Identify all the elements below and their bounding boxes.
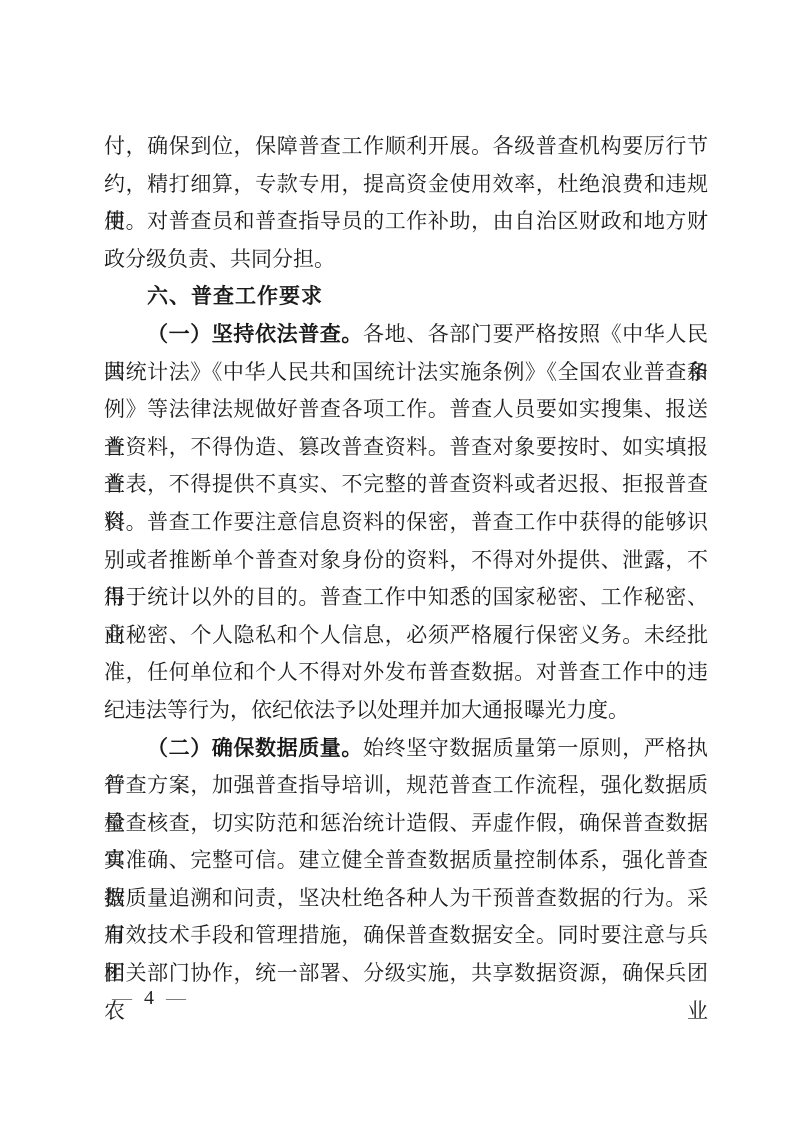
paragraph-two: （二）确保数据质量。始终坚守数据质量第一原则，严格执行 普查方案，加强普查指导培…	[104, 730, 708, 993]
text-line: 别或者推断单个普查对象身份的资料，不得对外提供、泄露，不得	[104, 542, 708, 580]
text-line: 政分级负责、共同分担。	[104, 241, 708, 279]
page-number: 4	[144, 986, 154, 1010]
text-line: 检查核查，切实防范和惩治统计造假、弄虚作假，确保普查数据真	[104, 805, 708, 843]
text-line: 据质量追溯和问责，坚决杜绝各种人为干预普查数据的行为。采用	[104, 880, 708, 918]
text-line: 国统计法》《中华人民共和国统计法实施条例》《全国农业普查条	[104, 354, 708, 392]
document-page: 付，确保到位，保障普查工作顺利开展。各级普查机构要厉行节 约，精打细算，专款专用…	[0, 0, 793, 1122]
text-line: 普查方案，加强普查指导培训，规范普查工作流程，强化数据质量	[104, 767, 708, 805]
footer-dash-right: —	[166, 986, 186, 1010]
paragraph-lead: （一）坚持依法普查。	[147, 322, 363, 346]
paragraph-funding: 付，确保到位，保障普查工作顺利开展。各级普查机构要厉行节 约，精打细算，专款专用…	[104, 128, 708, 278]
document-body: 付，确保到位，保障普查工作顺利开展。各级普查机构要厉行节 约，精打细算，专款专用…	[104, 128, 708, 993]
text-line: 实准确、完整可信。建立健全普查数据质量控制体系，强化普查数	[104, 842, 708, 880]
text-line: 约，精打细算，专款专用，提高资金使用效率，杜绝浪费和违规使	[104, 166, 708, 204]
footer-dash-left: —	[112, 986, 132, 1010]
paragraph-one: （一）坚持依法普查。各地、各部门要严格按照《中华人民共和 国统计法》《中华人民共…	[104, 316, 708, 730]
text-line: 例》等法律法规做好普查各项工作。普查人员要如实搜集、报送普	[104, 391, 708, 429]
text-line: 有效技术手段和管理措施，确保普查数据安全。同时要注意与兵团	[104, 917, 708, 955]
text-line: 用。对普查员和普查指导员的工作补助，由自治区财政和地方财	[104, 203, 708, 241]
text-line: 查表，不得提供不真实、不完整的普查资料或者迟报、拒报普查资	[104, 466, 708, 504]
text-line: 查资料，不得伪造、篡改普查资料。普查对象要按时、如实填报普	[104, 429, 708, 467]
text-line: （二）确保数据质量。始终坚守数据质量第一原则，严格执行	[104, 730, 708, 768]
text-line: （一）坚持依法普查。各地、各部门要严格按照《中华人民共和	[104, 316, 708, 354]
text-line: 纪违法等行为，依纪依法予以处理并加大通报曝光力度。	[104, 692, 708, 730]
section-heading: 六、普查工作要求	[104, 278, 708, 316]
text-line: 准，任何单位和个人不得对外发布普查数据。对普查工作中的违	[104, 654, 708, 692]
text-line: 相关部门协作，统一部署、分级实施，共享数据资源，确保兵团农业	[104, 955, 708, 993]
text-line: 付，确保到位，保障普查工作顺利开展。各级普查机构要厉行节	[104, 128, 708, 166]
text-line: 料。普查工作要注意信息资料的保密，普查工作中获得的能够识	[104, 504, 708, 542]
text-line: 业秘密、个人隐私和个人信息，必须严格履行保密义务。未经批	[104, 617, 708, 655]
text-line: 用于统计以外的目的。普查工作中知悉的国家秘密、工作秘密、商	[104, 579, 708, 617]
page-footer: — 4 —	[112, 986, 186, 1010]
paragraph-lead: （二）确保数据质量。	[147, 736, 363, 760]
